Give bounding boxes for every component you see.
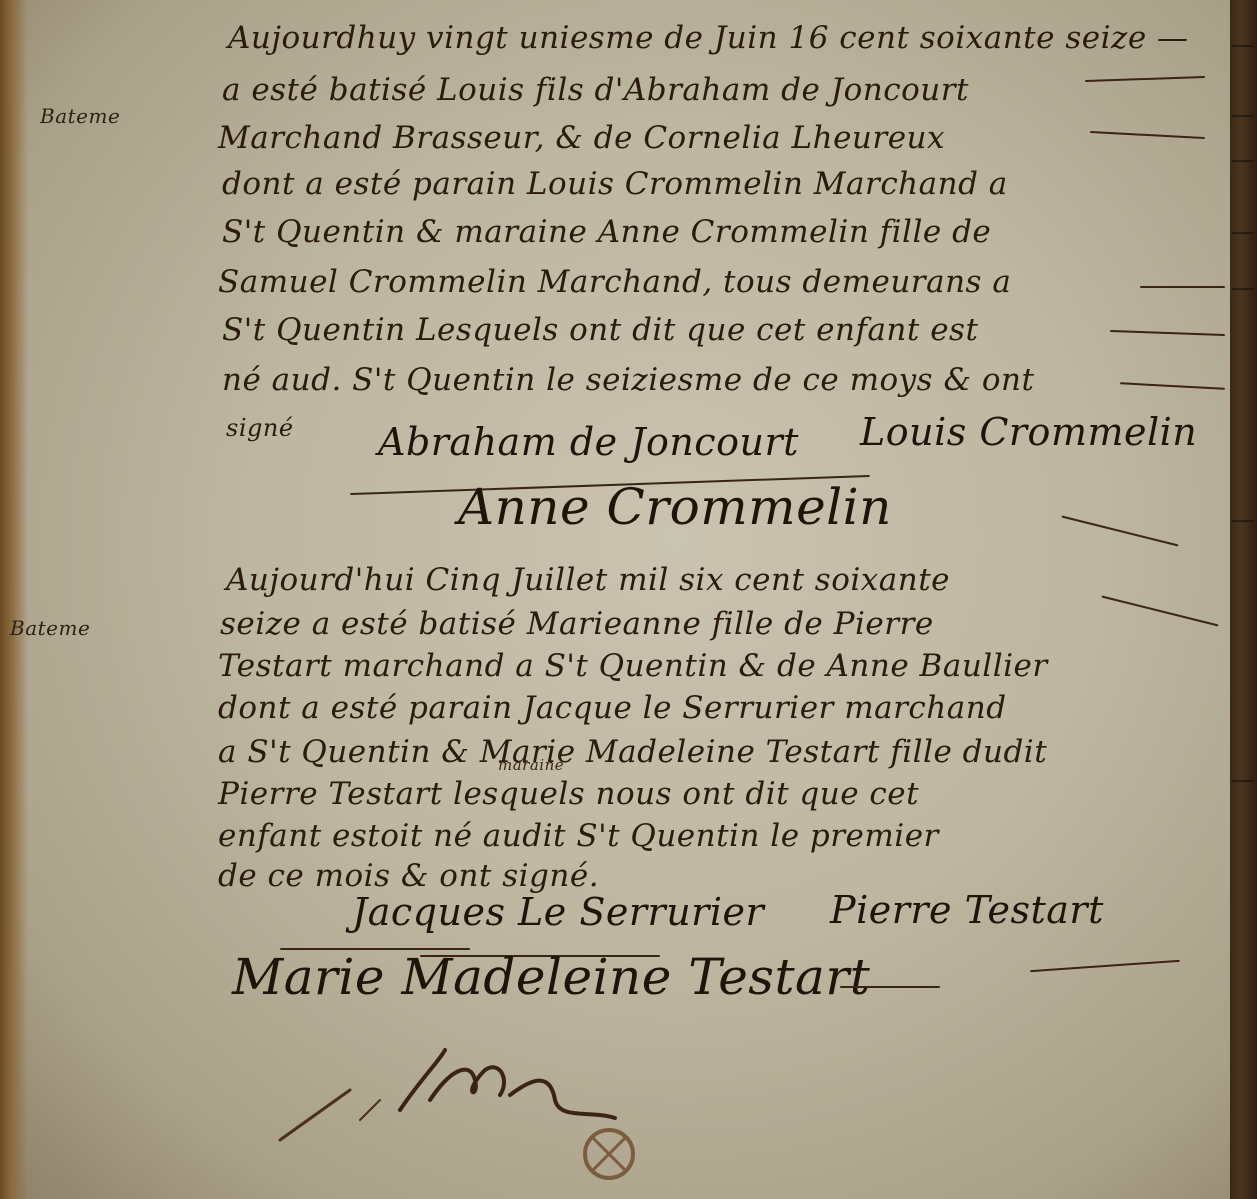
entry2-line3: Testart marchand a S't Quentin & de Anne… [218,648,1048,684]
register-page: Bateme Aujourdhuy vingt uniesme de Juin … [0,0,1230,1199]
entry1-line9: signé [226,414,294,442]
entry1-line1: Aujourdhuy vingt uniesme de Juin 16 cent… [228,20,1189,56]
entry2-line4: dont a esté parain Jacque le Serrurier m… [218,690,1007,726]
entry2-line1: Aujourd'hui Cinq Juillet mil six cent so… [226,562,950,598]
line-filler [1140,286,1225,288]
interlinear-note-maraine: maraine [498,756,564,774]
circled-cross-mark-icon [583,1128,635,1180]
margin-label-bateme-2: Bateme [10,616,90,640]
line-filler [1102,596,1219,627]
signature-flourish [1030,960,1180,972]
paraph-flourish-icon [270,1040,630,1150]
entry1-line8: né aud. S't Quentin le seiziesme de ce m… [222,362,1034,398]
entry1-line6: Samuel Crommelin Marchand, tous demeuran… [218,264,1011,300]
signature-louis-crommelin: Louis Crommelin [860,410,1197,454]
entry1-line4: dont a esté parain Louis Crommelin March… [222,166,1008,202]
entry1-line5: S't Quentin & maraine Anne Crommelin fil… [222,214,991,250]
entry1-line3: Marchand Brasseur, & de Cornelia Lheureu… [218,120,945,156]
signature-flourish [1062,516,1179,547]
book-binding [1230,0,1257,1199]
line-filler [1085,76,1205,82]
line-filler [1110,330,1225,336]
entry2-line6: Pierre Testart lesquels nous ont dit que… [218,776,919,812]
entry2-line5: a S't Quentin & Marie Madeleine Testart … [218,734,1047,770]
signature-underline [840,986,940,988]
entry2-line8: de ce mois & ont signé. [218,858,599,894]
margin-label-bateme-1: Bateme [40,104,120,128]
signature-jacques-le-serrurier: Jacques Le Serrurier [352,890,764,934]
signature-pierre-testart: Pierre Testart [830,888,1104,932]
line-filler [1090,131,1205,139]
line-filler [1120,382,1225,389]
signature-marie-madeleine-testart: Marie Madeleine Testart [232,948,870,1006]
signature-abraham-de-joncourt: Abraham de Joncourt [378,420,799,464]
entry1-line7: S't Quentin Lesquels ont dit que cet enf… [222,312,978,348]
entry2-line2: seize a esté batisé Marieanne fille de P… [220,606,934,642]
signature-anne-crommelin: Anne Crommelin [458,478,892,536]
entry2-line7: enfant estoit né audit S't Quentin le pr… [218,818,939,854]
entry1-line2: a esté batisé Louis fils d'Abraham de Jo… [222,72,969,108]
